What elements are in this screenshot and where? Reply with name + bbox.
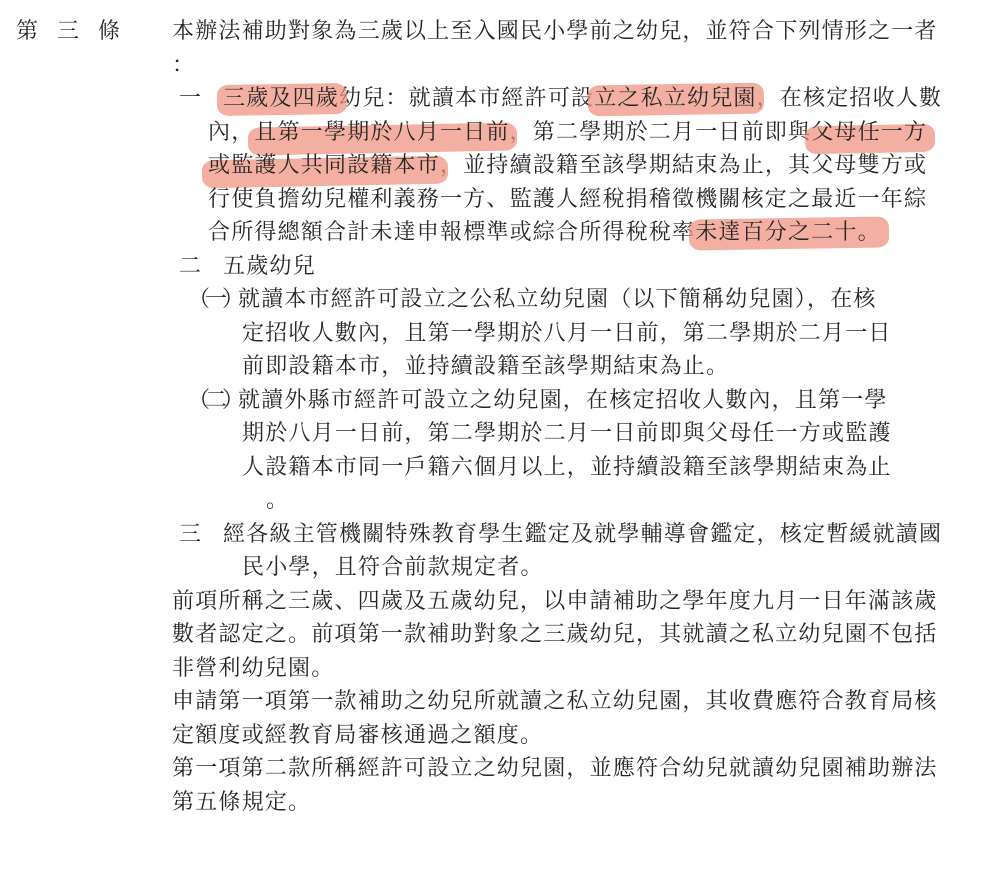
text-segment: 第五條規定。 bbox=[172, 789, 311, 814]
highlight-annotation: 且第一學期於八月一日前 bbox=[254, 119, 509, 144]
text-line: 申請第一項第一款補助之幼兒所就讀之私立幼兒園，其收費應符合教育局核 bbox=[172, 684, 1000, 718]
highlight-annotation: 立之私立幼兒園 bbox=[594, 85, 756, 110]
text-segment: ： bbox=[172, 52, 195, 77]
text-line: 。 bbox=[172, 483, 1000, 517]
text-segment: 數者認定之。前項第一款補助對象之三歲幼兒，其就讀之私立幼兒園不包括 bbox=[172, 621, 938, 646]
text-segment: ，在核定招收人數 bbox=[757, 85, 943, 110]
article-section: 第三條 本辦法補助對象為三歲以上至入國民小學前之幼兒，並符合下列情形之一者：一三… bbox=[0, 14, 1000, 818]
text-line: 行使負擔幼兒權利義務一方、監護人經稅捐稽徵機關核定之最近一年綜 bbox=[172, 182, 1000, 216]
text-segment: 本辦法補助對象為三歲以上至入國民小學前之幼兒，並符合下列情形之一者 bbox=[172, 18, 938, 43]
text-segment: 經各級主管機關特殊教育學生鑑定及就學輔導會鑑定，核定暫緩就讀國 bbox=[223, 521, 942, 546]
list-marker: 三 bbox=[179, 517, 223, 551]
text-segment: 期於八月一日前，第二學期於二月一日前即與父母任一方或監護 bbox=[242, 420, 892, 445]
text-line: （二）就讀外縣市經許可設立之幼兒園，在核定招收人數內，且第一學 bbox=[172, 383, 1000, 417]
text-segment: 幼兒：就讀本市經許可設 bbox=[339, 85, 594, 110]
text-line: 人設籍本市同一戶籍六個月以上，並持續設籍至該學期結束為止 bbox=[172, 450, 1000, 484]
text-segment: ，並持續設籍至該學期結束為止，其父母雙方或 bbox=[440, 152, 927, 177]
text-line: 或監護人共同設籍本市，並持續設籍至該學期結束為止，其父母雙方或 bbox=[172, 148, 1000, 182]
text-segment: 就讀本市經許可設立之公私立幼兒園（以下簡稱幼兒園），在核 bbox=[238, 286, 877, 311]
text-line: 內，且第一學期於八月一日前，第二學期於二月一日前即與父母任一方 bbox=[172, 115, 1000, 149]
text-line: 合所得總額合計未達申報標準或綜合所得稅稅率未達百分之二十。 bbox=[172, 215, 1000, 249]
text-segment: 。 bbox=[266, 487, 289, 512]
text-line: 期於八月一日前，第二學期於二月一日前即與父母任一方或監護 bbox=[172, 416, 1000, 450]
text-line: 一三歲及四歲幼兒：就讀本市經許可設立之私立幼兒園，在核定招收人數 bbox=[172, 81, 1000, 115]
highlight-annotation: 三歲及四歲 bbox=[223, 85, 339, 110]
article-number: 第三條 bbox=[0, 14, 172, 48]
text-segment: 民小學，且符合前款規定者。 bbox=[242, 554, 544, 579]
text-line: 數者認定之。前項第一款補助對象之三歲幼兒，其就讀之私立幼兒園不包括 bbox=[172, 617, 1000, 651]
text-line: 第一項第二款所稱經許可設立之幼兒園，並應符合幼兒就讀幼兒園補助辦法 bbox=[172, 751, 1000, 785]
text-segment: 第一項第二款所稱經許可設立之幼兒園，並應符合幼兒就讀幼兒園補助辦法 bbox=[172, 755, 938, 780]
text-line: ： bbox=[172, 48, 1000, 82]
text-line: 定額度或經教育局審核通過之額度。 bbox=[172, 718, 1000, 752]
text-line: 前項所稱之三歲、四歲及五歲幼兒，以申請補助之學年度九月一日年滿該歲 bbox=[172, 584, 1000, 618]
text-line: 前即設籍本市，並持續設籍至該學期結束為止。 bbox=[172, 349, 1000, 383]
text-segment: 申請第一項第一款補助之幼兒所就讀之私立幼兒園，其收費應符合教育局核 bbox=[172, 688, 938, 713]
list-marker: （二） bbox=[188, 383, 238, 417]
highlight-annotation: 未達百分之二十。 bbox=[695, 219, 881, 244]
text-segment: 定額度或經教育局審核通過之額度。 bbox=[172, 722, 543, 747]
text-segment: 五歲幼兒 bbox=[223, 253, 316, 278]
text-segment: 前項所稱之三歲、四歲及五歲幼兒，以申請補助之學年度九月一日年滿該歲 bbox=[172, 588, 938, 613]
article-body: 本辦法補助對象為三歲以上至入國民小學前之幼兒，並符合下列情形之一者：一三歲及四歲… bbox=[172, 14, 1000, 818]
text-line: 本辦法補助對象為三歲以上至入國民小學前之幼兒，並符合下列情形之一者 bbox=[172, 14, 1000, 48]
text-line: 三經各級主管機關特殊教育學生鑑定及就學輔導會鑑定，核定暫緩就讀國 bbox=[172, 517, 1000, 551]
highlight-annotation: 父母任一方 bbox=[811, 119, 927, 144]
text-line: 民小學，且符合前款規定者。 bbox=[172, 550, 1000, 584]
text-segment: 定招收人數內，且第一學期於八月一日前，第二學期於二月一日 bbox=[242, 320, 892, 345]
text-line: 第五條規定。 bbox=[172, 785, 1000, 819]
highlight-annotation: 或監護人共同設籍本市 bbox=[208, 152, 440, 177]
text-line: （一）就讀本市經許可設立之公私立幼兒園（以下簡稱幼兒園），在核 bbox=[172, 282, 1000, 316]
text-segment: 非營利幼兒園。 bbox=[172, 655, 334, 680]
text-segment: 合所得總額合計未達申報標準或綜合所得稅稅率 bbox=[208, 219, 695, 244]
text-line: 非營利幼兒園。 bbox=[172, 651, 1000, 685]
text-segment: 人設籍本市同一戶籍六個月以上，並持續設籍至該學期結束為止 bbox=[242, 454, 892, 479]
list-marker: 二 bbox=[179, 249, 223, 283]
text-segment: 前即設籍本市，並持續設籍至該學期結束為止。 bbox=[242, 353, 729, 378]
text-segment: 行使負擔幼兒權利義務一方、監護人經稅捐稽徵機關核定之最近一年綜 bbox=[208, 186, 927, 211]
text-segment: 就讀外縣市經許可設立之幼兒園，在核定招收人數內，且第一學 bbox=[238, 387, 888, 412]
document-page: 第三條 本辦法補助對象為三歲以上至入國民小學前之幼兒，並符合下列情形之一者：一三… bbox=[0, 0, 1000, 818]
text-line: 二五歲幼兒 bbox=[172, 249, 1000, 283]
text-line: 定招收人數內，且第一學期於八月一日前，第二學期於二月一日 bbox=[172, 316, 1000, 350]
list-marker: （一） bbox=[188, 282, 238, 316]
text-segment: ，第二學期於二月一日前即與 bbox=[510, 119, 812, 144]
